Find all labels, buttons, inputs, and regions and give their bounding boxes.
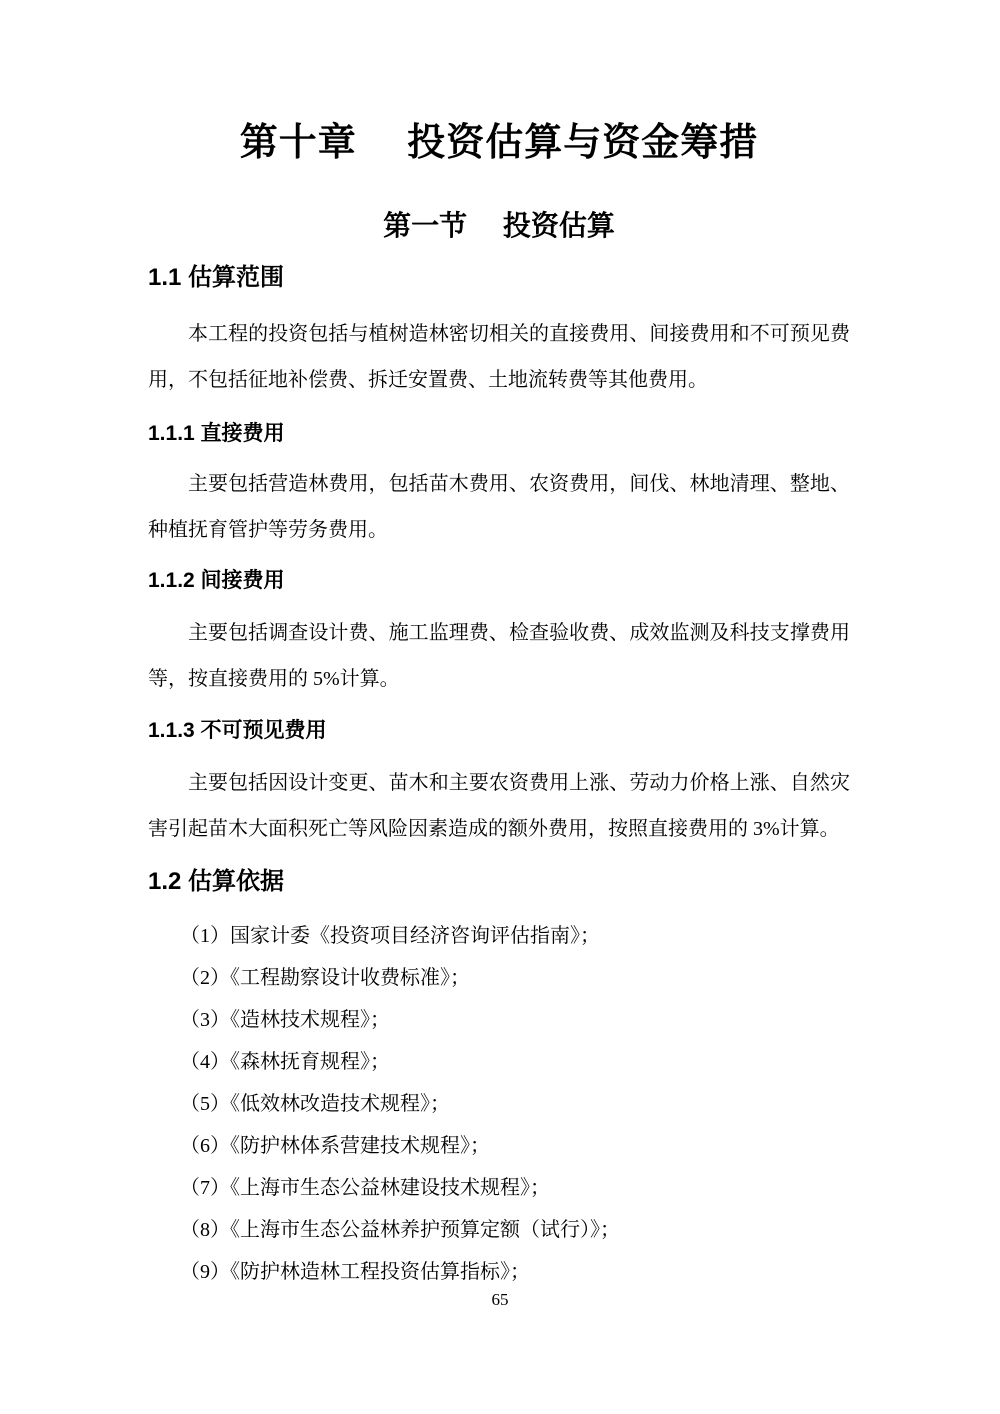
paragraph-indirect-costs: 主要包括调查设计费、施工监理费、检查验收费、成效监测及科技支撑费用等，按直接费用… xyxy=(148,610,850,702)
heading-1-1-1: 1.1.1 直接费用 xyxy=(148,420,850,448)
reference-list: （1）国家计委《投资项目经济咨询评估指南》； （2）《工程勘察设计收费标准》； … xyxy=(148,915,850,1293)
heading-1-1-2: 1.1.2 间接费用 xyxy=(148,567,850,595)
heading-1-1-3: 1.1.3 不可预见费用 xyxy=(148,717,850,745)
list-item: （9）《防护林造林工程投资估算指标》； xyxy=(180,1251,850,1293)
list-item: （7）《上海市生态公益林建设技术规程》； xyxy=(180,1167,850,1209)
paragraph-direct-costs: 主要包括营造林费用，包括苗木费用、农资费用，间伐、林地清理、整地、种植抚育管护等… xyxy=(148,461,850,553)
heading-1-1: 1.1 估算范围 xyxy=(148,262,850,294)
document-page: 第十章 投资估算与资金筹措 第一节 投资估算 1.1 估算范围 本工程的投资包括… xyxy=(0,0,1000,1414)
page-content: 第十章 投资估算与资金筹措 第一节 投资估算 1.1 估算范围 本工程的投资包括… xyxy=(0,0,1000,1293)
list-item: （8）《上海市生态公益林养护预算定额（试行）》； xyxy=(180,1209,850,1251)
page-number: 65 xyxy=(0,1290,1000,1310)
list-item: （4）《森林抚育规程》； xyxy=(180,1041,850,1083)
section-title: 第一节 投资估算 xyxy=(148,208,850,244)
list-item: （5）《低效林改造技术规程》； xyxy=(180,1083,850,1125)
paragraph-contingency-costs: 主要包括因设计变更、苗木和主要农资费用上涨、劳动力价格上涨、自然灾害引起苗木大面… xyxy=(148,760,850,852)
list-item: （3）《造林技术规程》； xyxy=(180,999,850,1041)
list-item: （2）《工程勘察设计收费标准》； xyxy=(180,957,850,999)
chapter-title: 第十章 投资估算与资金筹措 xyxy=(148,119,850,167)
list-item: （1）国家计委《投资项目经济咨询评估指南》； xyxy=(180,915,850,957)
list-item: （6）《防护林体系营建技术规程》； xyxy=(180,1125,850,1167)
heading-1-2: 1.2 估算依据 xyxy=(148,866,850,898)
paragraph-estimation-scope: 本工程的投资包括与植树造林密切相关的直接费用、间接费用和不可预见费用，不包括征地… xyxy=(148,311,850,403)
